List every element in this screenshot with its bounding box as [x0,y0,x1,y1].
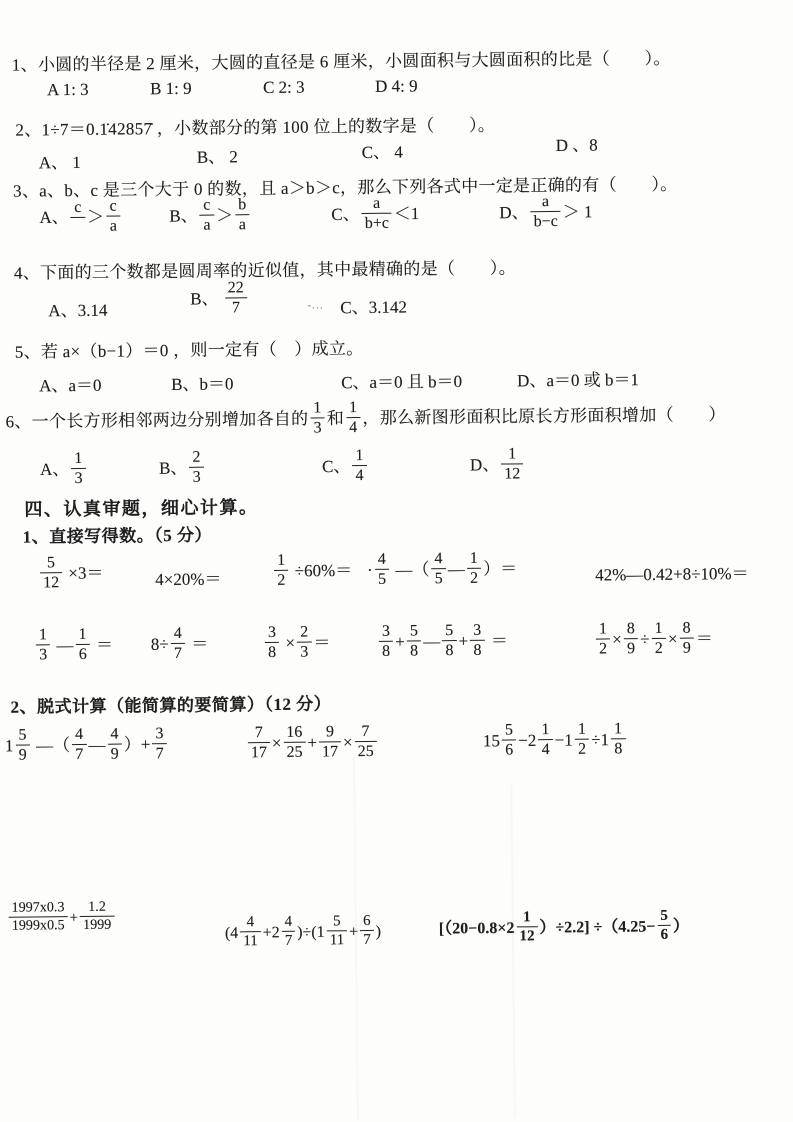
calc-p2r1-item1: 159 —（47—49）+37 [5,727,169,766]
calc-p1r2-item1: 13 —16 ＝ [34,628,114,666]
calc-p2r2-item2: (4411+247)÷(1511+67) [225,915,382,952]
q2-option-b: B、 2 [197,142,238,167]
calc-p2r2-item3: [（20−0.8×2112）÷2.2] ÷（4.25−56） [439,910,690,948]
fraction: 112 [501,445,523,483]
fraction: 12 [651,620,666,658]
q2-option-d: D 、8 [556,131,598,156]
calc-p2r2-item1: 1997x0.31999x0.5+1.21999 [7,902,117,937]
calc-p1r1-item4: ·45 —（45—12）＝ [367,551,517,590]
q5-options-row: A、a＝0 B、b＝0 C、a＝0 且 b＝0 D、a＝0 或 b＝1 [0,364,786,372]
fraction: 411 [240,914,261,950]
fraction: 59 [15,727,30,765]
fraction: 56 [657,908,671,944]
q4-option-a: A、3.14 [48,296,107,322]
q1-option-c: C 2: 3 [263,78,305,98]
fraction: 1997x0.31999x0.5 [9,900,68,934]
calc-p2r1-item3: 1556−214−112÷118 [483,722,628,761]
q6-option-a: A、13 [40,452,88,490]
fraction: 23 [189,449,204,487]
q4-scan-dots-artifact: -… [307,297,323,312]
fraction: 16 [75,626,90,664]
part2-title: 2、脱式计算（能简算的要简算）（12 分） [10,689,331,717]
fraction: 58 [442,622,457,660]
fraction: ba [235,196,250,234]
fraction: ca [106,198,121,236]
fraction: 917 [319,723,341,761]
part1-title: 1、直接写得数。（5 分） [23,521,213,548]
fraction: 45 [375,551,390,589]
q3-option-c: C、ab+c＜1 [331,196,419,234]
calc-p1r1-item2: 4×20%＝ [155,564,222,590]
q6-options-row: A、13 B、23 C、14 D、112 [0,445,787,453]
calc-p1r1-item3: 12 ÷60%＝ [272,553,353,591]
scan-artifact-line [510,785,515,1117]
fraction: 14 [352,447,367,485]
fraction: 12 [575,721,590,759]
q3-option-b: B、ca＞ba [169,198,251,236]
calc-p1r2-item2: 8÷47 ＝ [151,627,209,665]
fraction: 12 [274,552,289,590]
fraction: 37 [152,725,167,763]
q1-option-d: D 4: 9 [375,76,418,96]
fraction: 13 [71,450,86,488]
calc-p2r1-item2: 717×1625+917×725 [246,725,379,764]
q5-option-d: D、a＝0 或 b＝1 [517,365,639,391]
fraction: 227 [225,279,247,317]
q1-stem: 1、小圆的半径是 2 厘米，大圆的直径是 6 厘米，小圆面积与大圆面积的比是（ … [12,44,671,76]
fraction: 13 [36,626,51,664]
calc-p1r2-item4: 38+58—58+38 ＝ [377,623,508,662]
part1-calc-row-2: 13 —16 ＝ 8÷47 ＝ 38 ×23＝ 38+58—58+38 ＝ 12… [0,621,789,629]
q2-option-c: C、 4 [362,138,403,163]
fraction: 38 [379,623,394,661]
fraction: 12 [596,620,611,658]
q4-option-c: C、3.142 [340,293,407,319]
q4-stem: 4、下面的三个数都是圆周率的近似值，其中最精确的是（ ）。 [14,253,516,283]
fraction: 512 [40,554,62,592]
fraction: 14 [346,399,361,437]
calc-p1r1-item5: 42%—0.42+8÷10%＝ [595,559,749,586]
q4-option-b: B、 227 [190,281,249,319]
q6-option-d: D、112 [470,447,526,485]
q5-option-c: C、a＝0 且 b＝0 [341,367,462,393]
fraction: 23 [297,624,312,662]
q1-option-a: A 1: 3 [47,80,89,100]
fraction: 112 [516,909,537,945]
calc-p1r2-item5: 12×89÷12×89＝ [594,621,713,660]
q3-option-d: D、ab−c＞ 1 [499,195,592,233]
fraction: ab−c [530,193,560,231]
worksheet-page: 1、小圆的半径是 2 厘米，大圆的直径是 6 厘米，小圆面积与大圆面积的比是（ … [0,0,793,1122]
fraction: 511 [327,913,348,949]
section-4-title: 四、认真审题，细心计算。 [24,493,258,521]
fraction: 18 [611,720,626,758]
q5-option-a: A、a＝0 [39,371,102,397]
scan-content: 1、小圆的半径是 2 厘米，大圆的直径是 6 厘米，小圆面积与大圆面积的比是（ … [0,0,793,1122]
fraction: 38 [265,624,280,662]
fraction: 717 [248,724,270,762]
fraction: 47 [72,726,87,764]
q2-stem: 2、1÷7＝0.1̇42857̇ ，小数部分的第 100 位上的数字是（ ）。 [15,111,495,141]
fraction: 58 [407,622,422,660]
fraction: 1.21999 [80,900,115,934]
fraction: 38 [470,622,485,660]
q1-option-b: B 1: 9 [150,79,192,99]
q6-option-c: C、14 [322,449,369,487]
fraction: 13 [310,399,325,437]
fraction: 725 [354,723,376,761]
fraction: 49 [107,726,122,764]
fraction: 67 [360,913,374,949]
q2-option-a: A、 1 [39,148,81,173]
fraction: 47 [171,625,186,663]
q5-stem: 5、若 a×（b−1）＝0 ，则一定有（ ）成立。 [15,334,364,363]
fraction: 12 [467,550,482,588]
part2-calc-row-2: 1997x0.31999x0.5+1.21999 (4411+247)÷(151… [0,895,792,903]
fraction: 1625 [283,724,305,762]
fraction: 14 [538,721,553,759]
fraction: ab+c [362,195,392,233]
calc-p1r2-item3: 38 ×23＝ [263,625,331,663]
q5-option-b: B、b＝0 [171,369,234,395]
q6-option-b: B、23 [159,451,206,489]
fraction: ca [200,197,215,235]
part2-calc-row-1: 159 —（47—49）+37 717×1625+917×725 1556−21… [0,721,790,729]
q2-options-row: A、 1 B、 2 C、 4 D 、8 [0,141,784,149]
fraction: 89 [679,620,694,658]
fraction: 56 [502,721,517,759]
part1-calc-row-1: 512 ×3＝ 4×20%＝ 12 ÷60%＝ ·45 —（45—12）＝ 42… [0,549,788,557]
calc-p1r1-item1: 512 ×3＝ [38,556,104,594]
fraction: 45 [431,550,446,588]
q3-option-a: A、c＞ca [39,200,122,238]
fraction: 89 [624,620,639,658]
fraction: c [70,199,85,235]
q6-stem: 6、一个长方形相邻两边分别增加各自的13和14，那么新图形面积比原长方形面积增加… [5,397,726,442]
fraction: 47 [282,914,296,950]
